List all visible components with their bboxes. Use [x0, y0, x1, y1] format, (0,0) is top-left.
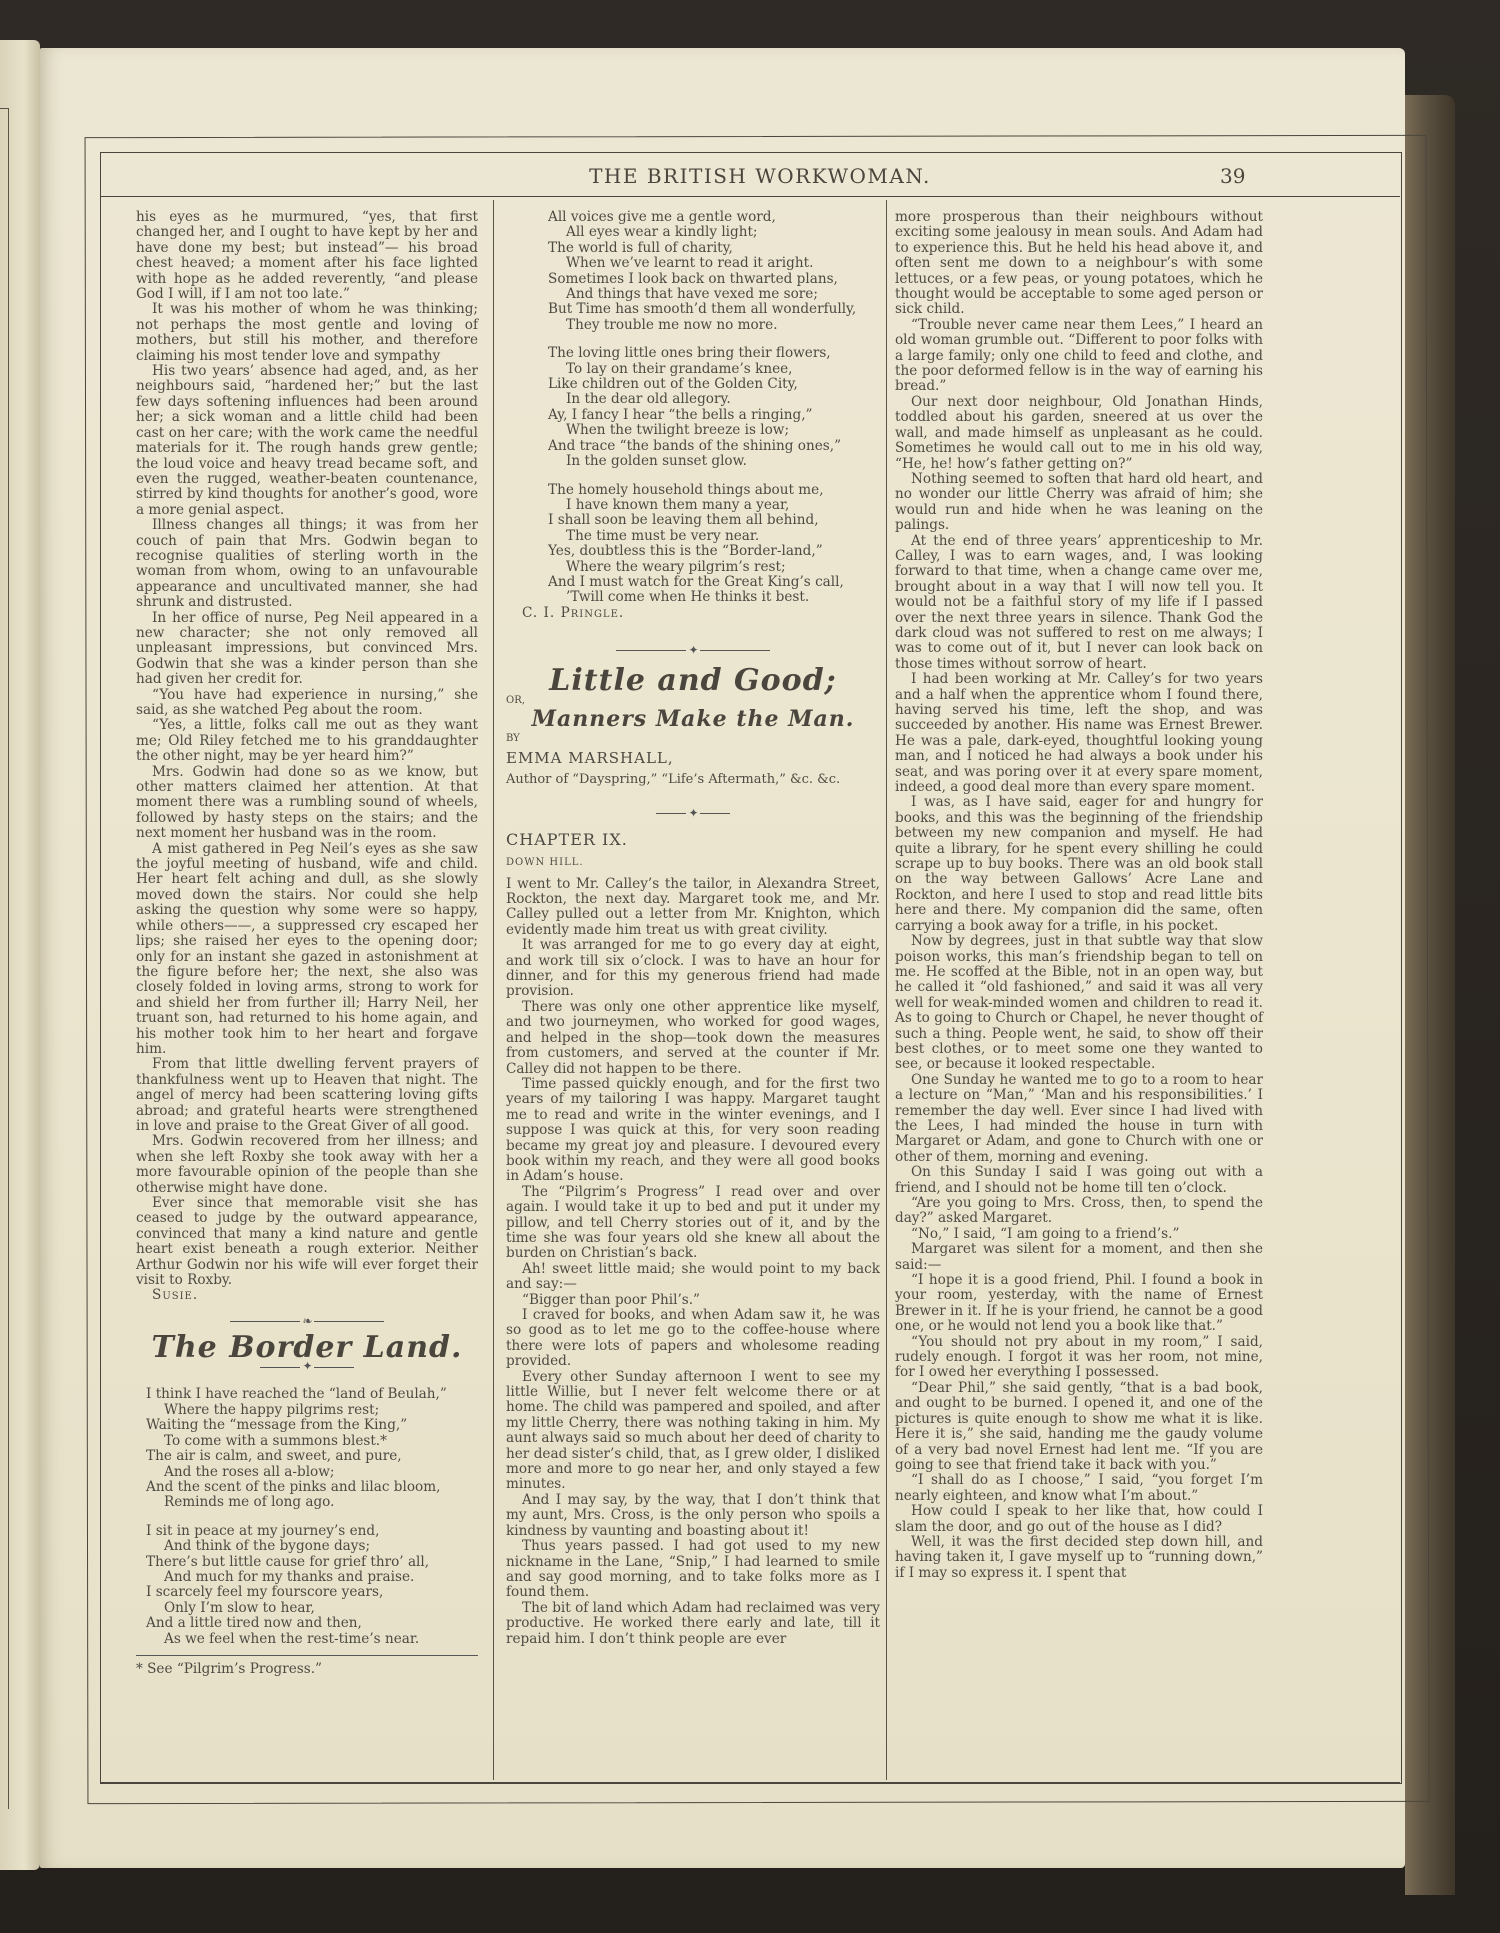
poem-line: When we’ve learnt to read it aright.: [548, 256, 880, 271]
poem-line: I think I have reached the “land of Beul…: [146, 1387, 478, 1402]
poem-line: In the dear old allegory.: [548, 392, 880, 407]
paragraph: Now by degrees, just in that subtle way …: [895, 934, 1263, 1073]
divider-line: [656, 813, 686, 814]
story-title: Little and Good;: [506, 673, 880, 688]
paragraph: “You have had experience in nursing,” sh…: [136, 688, 478, 719]
poem-stanza: The loving little ones bring their flowe…: [548, 346, 880, 469]
poem-stanza: I sit in peace at my journey’s end,And t…: [146, 1524, 478, 1647]
poem-line: But Time has smooth’d them all wonderful…: [548, 302, 880, 317]
poem-line: Sometimes I look back on thwarted plans,: [548, 272, 880, 287]
column-2: All voices give me a gentle word,All eye…: [506, 210, 880, 1647]
paragraph: “Are you going to Mrs. Cross, then, to s…: [895, 1196, 1263, 1227]
paragraph: I had been working at Mr. Calley’s for t…: [895, 672, 1263, 795]
author-credits: Author of “Dayspring,” “Life’s Aftermath…: [506, 772, 880, 787]
poem-line: They trouble me now no more.: [548, 318, 880, 333]
poem-line: As we feel when the rest-time’s near.: [146, 1632, 478, 1647]
left-page-frame-rule: [0, 108, 9, 1809]
poem-line: And much for my thanks and praise.: [146, 1570, 478, 1585]
story-author: EMMA MARSHALL,: [506, 751, 880, 766]
publication-title: THE BRITISH WORKWOMAN.: [520, 164, 1000, 188]
footnote-rule: [136, 1655, 478, 1656]
paragraph: Mrs. Godwin had done so as we know, but …: [136, 765, 478, 842]
poem-line: The time must be very near.: [548, 529, 880, 544]
poem-line: I shall soon be leaving them all behind,: [548, 513, 880, 528]
paragraph: His two years’ absence had aged, and, as…: [136, 364, 478, 518]
paragraph: And I may say, by the way, that I don’t …: [506, 1493, 880, 1539]
poem-stanza: I think I have reached the “land of Beul…: [146, 1387, 478, 1510]
poem-line: Only I’m slow to hear,: [146, 1601, 478, 1616]
paragraph: “Yes, a little, folks call me out as the…: [136, 718, 478, 764]
paragraph: One Sunday he wanted me to go to a room …: [895, 1073, 1263, 1165]
paragraph: I was, as I have said, eager for and hun…: [895, 795, 1263, 934]
bottom-frame-rule: [100, 1782, 1400, 1783]
poem-line: I sit in peace at my journey’s end,: [146, 1524, 478, 1539]
footnote: * See “Pilgrim’s Progress.”: [136, 1662, 478, 1677]
chapter-heading: CHAPTER IX.: [506, 832, 880, 847]
divider-line: [314, 1321, 384, 1322]
chapter-title: DOWN HILL.: [506, 855, 880, 870]
paragraph: Margaret was silent for a moment, and th…: [895, 1242, 1263, 1273]
poem-border-land-part-2: All voices give me a gentle word,All eye…: [506, 210, 880, 606]
paragraph: Nothing seemed to soften that hard old h…: [895, 472, 1263, 534]
poem-line: The air is calm, and sweet, and pure,: [146, 1449, 478, 1464]
divider-ornament-icon: ❧: [300, 1314, 313, 1329]
poem-line: To lay on their grandame’s knee,: [548, 362, 880, 377]
poem-border-land-part-1: I think I have reached the “land of Beul…: [136, 1387, 478, 1647]
paragraph: “Trouble never came near them Lees,” I h…: [895, 318, 1263, 395]
paragraph: “You should not pry about in my room,” I…: [895, 1335, 1263, 1381]
paragraph: Time passed quickly enough, and for the …: [506, 1077, 880, 1185]
poem-line: All voices give me a gentle word,: [548, 210, 880, 225]
running-header: THE BRITISH WORKWOMAN. 39: [100, 162, 1400, 192]
paragraph: Every other Sunday afternoon I went to s…: [506, 1370, 880, 1493]
left-page-edge: [0, 40, 40, 1870]
poem-stanza: The homely household things about me,I h…: [548, 483, 880, 606]
poem-line: Waiting the “message from the King,”: [146, 1418, 478, 1433]
author-signature: Susie.: [136, 1288, 478, 1303]
poem-line: All eyes wear a kindly light;: [548, 225, 880, 240]
poem-line: And trace “the bands of the shining ones…: [548, 439, 880, 454]
page-number: 39: [1220, 164, 1245, 188]
column-1: his eyes as he murmured, “yes, that firs…: [136, 210, 478, 1677]
paragraph: At the end of three years’ apprenticeshi…: [895, 534, 1263, 673]
column-1-story-end: his eyes as he murmured, “yes, that firs…: [136, 210, 478, 1288]
divider-line: [314, 1367, 354, 1368]
poem-line: And things that have vexed me sore;: [548, 287, 880, 302]
poem-line: I scarcely feel my fourscore years,: [146, 1585, 478, 1600]
poem-line: The world is full of charity,: [548, 241, 880, 256]
poem-signature: C. I. Pringle.: [506, 606, 880, 621]
poem-line: I have known them many a year,: [548, 498, 880, 513]
poem-line: And think of the bygone days;: [146, 1539, 478, 1554]
column-divider-2: [886, 200, 887, 1780]
paragraph: “Bigger than poor Phil’s.”: [506, 1293, 880, 1308]
paragraph: Well, it was the first decided step down…: [895, 1535, 1263, 1581]
section-divider: ✦: [506, 643, 880, 659]
paragraph: The “Pilgrim’s Progress” I read over and…: [506, 1185, 880, 1262]
poem-line: To come with a summons blest.*: [146, 1434, 478, 1449]
poem-line: Ay, I fancy I hear “the bells a ringing,…: [548, 408, 880, 423]
stanza-gap: [146, 1511, 478, 1524]
paragraph: “I shall do as I choose,” I said, “you f…: [895, 1473, 1263, 1504]
header-rule: [100, 196, 1400, 197]
divider-line: [230, 1321, 300, 1322]
paragraph: It was arranged for me to go every day a…: [506, 938, 880, 1000]
paragraph: Our next door neighbour, Old Jonathan Hi…: [895, 395, 1263, 472]
paragraph: “Dear Phil,” she said gently, “that is a…: [895, 1381, 1263, 1473]
paragraph: Thus years passed. I had got used to my …: [506, 1539, 880, 1601]
paragraph: I went to Mr. Calley’s the tailor, in Al…: [506, 877, 880, 939]
diamond-ornament-icon: ✦: [300, 1359, 313, 1374]
paragraph: Mrs. Godwin recovered from her illness; …: [136, 1134, 478, 1196]
chapter-divider: ✦: [506, 806, 880, 822]
section-divider: ❧: [136, 1314, 478, 1330]
divider-line: [700, 813, 730, 814]
poem-line: Like children out of the Golden City,: [548, 377, 880, 392]
poem-line: The loving little ones bring their flowe…: [548, 346, 880, 361]
poem-line: In the golden sunset glow.: [548, 454, 880, 469]
paragraph: A mist gathered in Peg Neil’s eyes as sh…: [136, 842, 478, 1058]
poem-line: And the roses all a-blow;: [146, 1465, 478, 1480]
poem-line: Reminds me of long ago.: [146, 1495, 478, 1510]
poem-line: Where the weary pilgrim’s rest;: [548, 560, 880, 575]
paragraph: “No,” I said, “I am going to a friend’s.…: [895, 1227, 1263, 1242]
paragraph: Ever since that memorable visit she has …: [136, 1196, 478, 1288]
divider-line: [616, 650, 686, 651]
poem-line: There’s but little cause for grief thro’…: [146, 1555, 478, 1570]
poem-line: And I must watch for the Great King’s ca…: [548, 575, 880, 590]
paragraph: There was only one other apprentice like…: [506, 1000, 880, 1077]
paragraph: It was his mother of whom he was thinkin…: [136, 302, 478, 364]
poem-title: The Border Land.: [136, 1340, 478, 1355]
dot-ornament-icon: ✦: [686, 806, 699, 821]
paragraph: his eyes as he murmured, “yes, that firs…: [136, 210, 478, 302]
story-by-label: BY: [506, 731, 880, 746]
paragraph: From that little dwelling fervent prayer…: [136, 1057, 478, 1134]
column-3: more prosperous than their neighbours wi…: [895, 210, 1263, 1581]
paragraph: In her office of nurse, Peg Neil appeare…: [136, 611, 478, 688]
paragraph: How could I speak to her like that, how …: [895, 1504, 1263, 1535]
stanza-gap: [548, 470, 880, 483]
paragraph: I craved for books, and when Adam saw it…: [506, 1308, 880, 1370]
paragraph: Ah! sweet little maid; she would point t…: [506, 1262, 880, 1293]
poem-line: And the scent of the pinks and lilac blo…: [146, 1480, 478, 1495]
paragraph: On this Sunday I said I was going out wi…: [895, 1165, 1263, 1196]
paragraph: “I hope it is a good friend, Phil. I fou…: [895, 1273, 1263, 1335]
poem-line: When the twilight breeze is low;: [548, 423, 880, 438]
column-divider-1: [493, 200, 494, 1780]
poem-line: The homely household things about me,: [548, 483, 880, 498]
paragraph: more prosperous than their neighbours wi…: [895, 210, 1263, 318]
chapter-body: I went to Mr. Calley’s the tailor, in Al…: [506, 877, 880, 1647]
poem-line: And a little tired now and then,: [146, 1616, 478, 1631]
poem-line: ’Twill come when He thinks it best.: [548, 590, 880, 605]
poem-line: Yes, doubtless this is the “Border-land,…: [548, 544, 880, 559]
story-subtitle: Manners Make the Man.: [506, 712, 880, 727]
divider-line: [700, 650, 770, 651]
poem-stanza: All voices give me a gentle word,All eye…: [548, 210, 880, 333]
divider-ornament-icon: ✦: [686, 643, 699, 658]
paragraph: Illness changes all things; it was from …: [136, 518, 478, 610]
chapter-body-continued: more prosperous than their neighbours wi…: [895, 210, 1263, 1581]
paragraph: The bit of land which Adam had reclaimed…: [506, 1601, 880, 1647]
poem-line: Where the happy pilgrims rest;: [146, 1403, 478, 1418]
divider-line: [260, 1367, 300, 1368]
